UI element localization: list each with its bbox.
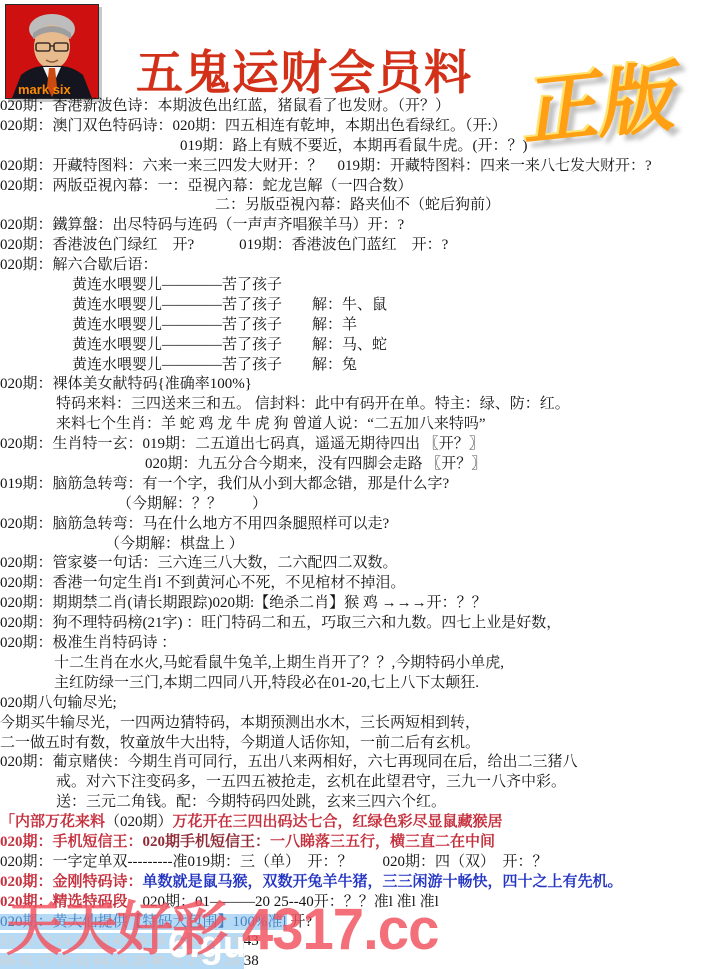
text-line: 黄连水喂婴儿————苦了孩子 <box>0 276 721 296</box>
text-line: 020期：裸体美女献特码{准确率100%} <box>0 375 721 395</box>
text-segment: 020期：葡京赌侠：今期生肖可同行，五出八来两相好，六七再现同在后，给出二三猪八 <box>0 754 578 770</box>
portrait-illustration: mark six <box>6 5 98 98</box>
text-line: 020期：脑筋急转弯：马在什么地方不用四条腿照样可以走? <box>0 515 721 535</box>
text-line: 今期买牛输尽光，一四两边猜特码，本期预测出水木，三长两短相到转， <box>0 714 721 734</box>
text-line: 020期：香港一句定生肖l 不到黄河心不死，不见棺材不掉泪。 <box>0 574 721 594</box>
text-line: 020期：管家婆一句话：三六连三八大数，二六配四二双数。 <box>0 554 721 574</box>
text-line: （今期解：？？ ） <box>0 495 721 515</box>
text-segment: 020期：极准生肖特码诗 ： <box>0 635 176 651</box>
text-segment: 黄连水喂婴儿————苦了孩子 解：牛、鼠 <box>72 297 387 313</box>
page: mark six 五鬼运财会员料 正版 020期：香港新波色诗：本期波色出红蓝，… <box>0 0 721 969</box>
text-segment: 送：三元二角钱。配：今期特码四处跳，玄来三四六个红。 <box>56 794 446 810</box>
text-line: 二：另版亞視內幕：路夹仙不（蛇后狗前） <box>0 196 721 216</box>
watermark-gu: 6.gu <box>168 924 246 967</box>
text-segment: 020期：管家婆一句话：三六连三八大数，二六配四二双数。 <box>0 555 398 571</box>
text-line: 黄连水喂婴儿————苦了孩子 解：兔 <box>0 356 721 376</box>
text-line: 020期：澳门双色特码诗：020期：四五相连有乾坤，本期出色看绿红。（开:） <box>0 117 721 137</box>
text-segment: （今期解：？？ ） <box>117 496 267 512</box>
text-segment: 019期：脑筋急转弯：有一个字，我们从小到大都念错，那是什么字? <box>0 476 449 492</box>
text-segment: 黄连水喂婴儿————苦了孩子 解：羊 <box>72 317 357 333</box>
text-segment: 二一做五时有数，牧童放牛大出特，今期道人话你知，一前二后有玄机。 <box>0 735 480 751</box>
text-segment: 「内部万花来料 <box>0 814 105 830</box>
text-segment: 020期：鐵算盤：出尽特码与连码（一声声齐唱猴羊马）开：? <box>0 217 404 233</box>
text-segment: 020期八句输尽光; <box>0 695 117 711</box>
text-line: 020期：生肖特一玄：019期：二五道出七码真，遥遥无期待四出 〖开？〗 <box>0 435 721 455</box>
text-segment: 020期：脑筋急转弯：马在什么地方不用四条腿照样可以走? <box>0 516 389 532</box>
text-line: 020期：葡京赌侠：今期生肖可同行，五出八来两相好，六七再现同在后，给出二三猪八 <box>0 753 721 773</box>
text-segment: 020期：香港一句定生肖l 不到黄河心不死，不见棺材不掉泪。 <box>0 575 405 591</box>
text-segment: 特码来料：三四送来三和五。 信封料：此中有码开在单。特主：绿、防：红。 <box>56 396 570 412</box>
text-segment: 020期：香港新波色诗：本期波色出红蓝，猪鼠看了也发财。（开？） <box>0 98 450 114</box>
text-line: 来料七个生肖：羊 蛇 鸡 龙 牛 虎 狗 曾道人说：“二五加八来特吗” <box>0 415 721 435</box>
text-segment: 十二生肖在水火,马蛇看鼠牛兔羊,上期生肖开了？？,今期特码小单虎, <box>54 655 504 671</box>
text-line: 020期：鐵算盤：出尽特码与连码（一声声齐唱猴羊马）开：? <box>0 216 721 236</box>
text-segment: 020期：澳门双色特码诗：020期：四五相连有乾坤，本期出色看绿红。（开:） <box>0 118 507 134</box>
text-line: 020期八句输尽光; <box>0 694 721 714</box>
text-line: 020期：黄大仙提供【特码大包围】100%准l 开? <box>0 913 721 933</box>
text-segment: 020期：精选特码段 <box>0 894 128 910</box>
text-segment: 万花开在三四出码达七合，红绿色彩尽显鼠藏猴居 <box>173 814 503 830</box>
portrait-photo: mark six <box>5 4 99 99</box>
text-line: 020期：期期禁二肖(请长期跟踪)020期:【绝杀二肖】猴 鸡 →→→开：？？ <box>0 594 721 614</box>
text-segment: 来料七个生肖：羊 蛇 鸡 龙 牛 虎 狗 曾道人说：“二五加八来特吗” <box>56 416 486 432</box>
text-line: 020期：手机短信王：020期手机短信王：一八睇落三五行，横三直二在中间 <box>0 833 721 853</box>
text-segment: 019期：路上有贼不要近，本期再看鼠牛虎。(开：？) <box>180 138 528 154</box>
text-line: 戒。对六下注变码多，一五四五被抢走，玄机在此望君守，三九一八齐中彩。 <box>0 773 721 793</box>
text-line: 020期：精选特码段 020期：01———20 25--40开：？？准l 准l … <box>0 893 721 913</box>
text-segment: 020期：裸体美女献特码{准确率100%} <box>0 376 252 392</box>
text-line: 主红防绿一三门,本期二四同八开,特段必在01-20,七上八下太颠狂. <box>0 674 721 694</box>
text-segment: 020期：手机短信王： <box>0 834 143 850</box>
text-segment: 今期买牛输尽光，一四两边猜特码，本期预测出水木，三长两短相到转， <box>0 715 480 731</box>
text-line: 黄连水喂婴儿————苦了孩子 解：羊 <box>0 316 721 336</box>
text-segment: 一八睇落三五行，横三直二在中间 <box>270 834 495 850</box>
text-line: 13 25 12 24 06 35 47 10 44 46 33 32 31 4… <box>0 932 721 952</box>
text-line: 020期：解六合歇后语： <box>0 256 721 276</box>
text-segment: 020期：开藏特图料：六来一来三四发大财开：？ 019期：开藏特图料：四来一来八… <box>0 158 652 174</box>
text-segment: 020期：一字定单双---------准019期：三（单） 开：？ 020期：四… <box>0 854 547 870</box>
text-segment: （020期） <box>105 814 173 830</box>
text-line: 020期：极准生肖特码诗 ： <box>0 634 721 654</box>
text-segment: 020期：金刚特码诗： <box>0 874 143 890</box>
text-segment: 020期手机短信王： <box>143 834 271 850</box>
text-line: 020期：一字定单双---------准019期：三（单） 开：？ 020期：四… <box>0 853 721 873</box>
text-line: 黄连水喂婴儿————苦了孩子 解：马、蛇 <box>0 336 721 356</box>
text-line: 019期：路上有贼不要近，本期再看鼠牛虎。(开：？) <box>0 137 721 157</box>
text-segment: 020期：生肖特一玄：019期：二五道出七码真，遥遥无期待四出 〖开？〗 <box>0 436 484 452</box>
text-line: 二一做五时有数，牧童放牛大出特，今期道人话你知，一前二后有玄机。 <box>0 734 721 754</box>
text-segment: 黄连水喂婴儿————苦了孩子 解：马、蛇 <box>72 337 387 353</box>
text-segment: 020期：解六合歇后语： <box>0 257 158 273</box>
text-segment: 020期：期期禁二肖(请长期跟踪)020期:【绝杀二肖】猴 鸡 →→→开：？？ <box>0 595 487 611</box>
photo-caption-text: mark six <box>18 82 72 97</box>
text-line: 020期：狗不理特码榜(21字) ：旺门特码二和五，巧取三六和九数。四七上业是好… <box>0 614 721 634</box>
text-line: 020期：金刚特码诗：单数就是鼠马猴，双数开兔羊牛猪，三三闲游十畅快，四十之上有… <box>0 873 721 893</box>
text-segment: 开? <box>287 914 312 930</box>
text-line: 送：三元二角钱。配：今期特码四处跳，玄来三四六个红。 <box>0 793 721 813</box>
text-line: 06 42 17 29 41 04 16 28 40 15 27 02 26 3… <box>0 952 721 969</box>
text-line: 黄连水喂婴儿————苦了孩子 解：牛、鼠 <box>0 296 721 316</box>
text-segment: 主红防绿一三门,本期二四同八开,特段必在01-20,七上八下太颠狂. <box>54 675 479 691</box>
text-segment: 单数就是鼠马猴，双数开兔羊牛猪，三三闲游十畅快，四十之上有先机。 <box>143 874 623 890</box>
text-line: 020期：香港新波色诗：本期波色出红蓝，猪鼠看了也发财。（开？） <box>0 97 721 117</box>
content-lines: 020期：香港新波色诗：本期波色出红蓝，猪鼠看了也发财。（开？）020期：澳门双… <box>0 97 721 969</box>
text-segment: （今期解：棋盘上 ） <box>105 536 244 552</box>
text-segment: 二：另版亞視內幕：路夹仙不（蛇后狗前） <box>215 197 500 213</box>
text-line: 020期：两版亞視內幕：一：亞視內幕：蛇龙岂解（一四合数） <box>0 177 721 197</box>
text-segment: 黄连水喂婴儿————苦了孩子 解：兔 <box>72 357 357 373</box>
text-line: 020期：九五分合今期来，没有四脚会走路 〖开？〗 <box>0 455 721 475</box>
text-segment: 020期：狗不理特码榜(21字) ：旺门特码二和五，巧取三六和九数。四七上业是好… <box>0 615 561 631</box>
text-line: （今期解：棋盘上 ） <box>0 535 721 555</box>
text-segment: 黄连水喂婴儿————苦了孩子 <box>72 277 282 293</box>
text-line: 「内部万花来料（020期）万花开在三四出码达七合，红绿色彩尽显鼠藏猴居 <box>0 813 721 833</box>
text-line: 019期：脑筋急转弯：有一个字，我们从小到大都念错，那是什么字? <box>0 475 721 495</box>
text-segment: 020期：九五分合今期来，没有四脚会走路 〖开？〗 <box>145 456 486 472</box>
text-line: 特码来料：三四送来三和五。 信封料：此中有码开在单。特主：绿、防：红。 <box>0 395 721 415</box>
text-line: 020期：香港波色门绿红 开? 019期：香港波色门蓝红 开：? <box>0 236 721 256</box>
text-line: 020期：开藏特图料：六来一来三四发大财开：？ 019期：开藏特图料：四来一来八… <box>0 157 721 177</box>
text-segment: 020期：香港波色门绿红 开? 019期：香港波色门蓝红 开：? <box>0 237 448 253</box>
text-segment: 020期：两版亞視內幕：一：亞視內幕：蛇龙岂解（一四合数） <box>0 178 413 194</box>
text-line: 十二生肖在水火,马蛇看鼠牛兔羊,上期生肖开了？？,今期特码小单虎, <box>0 654 721 674</box>
text-segment: 戒。对六下注变码多，一五四五被抢走，玄机在此望君守，三九一八齐中彩。 <box>56 774 566 790</box>
text-segment: 020期：01———20 25--40开：？？准l 准l 准l <box>128 894 439 910</box>
page-title: 五鬼运财会员料 <box>136 36 536 103</box>
